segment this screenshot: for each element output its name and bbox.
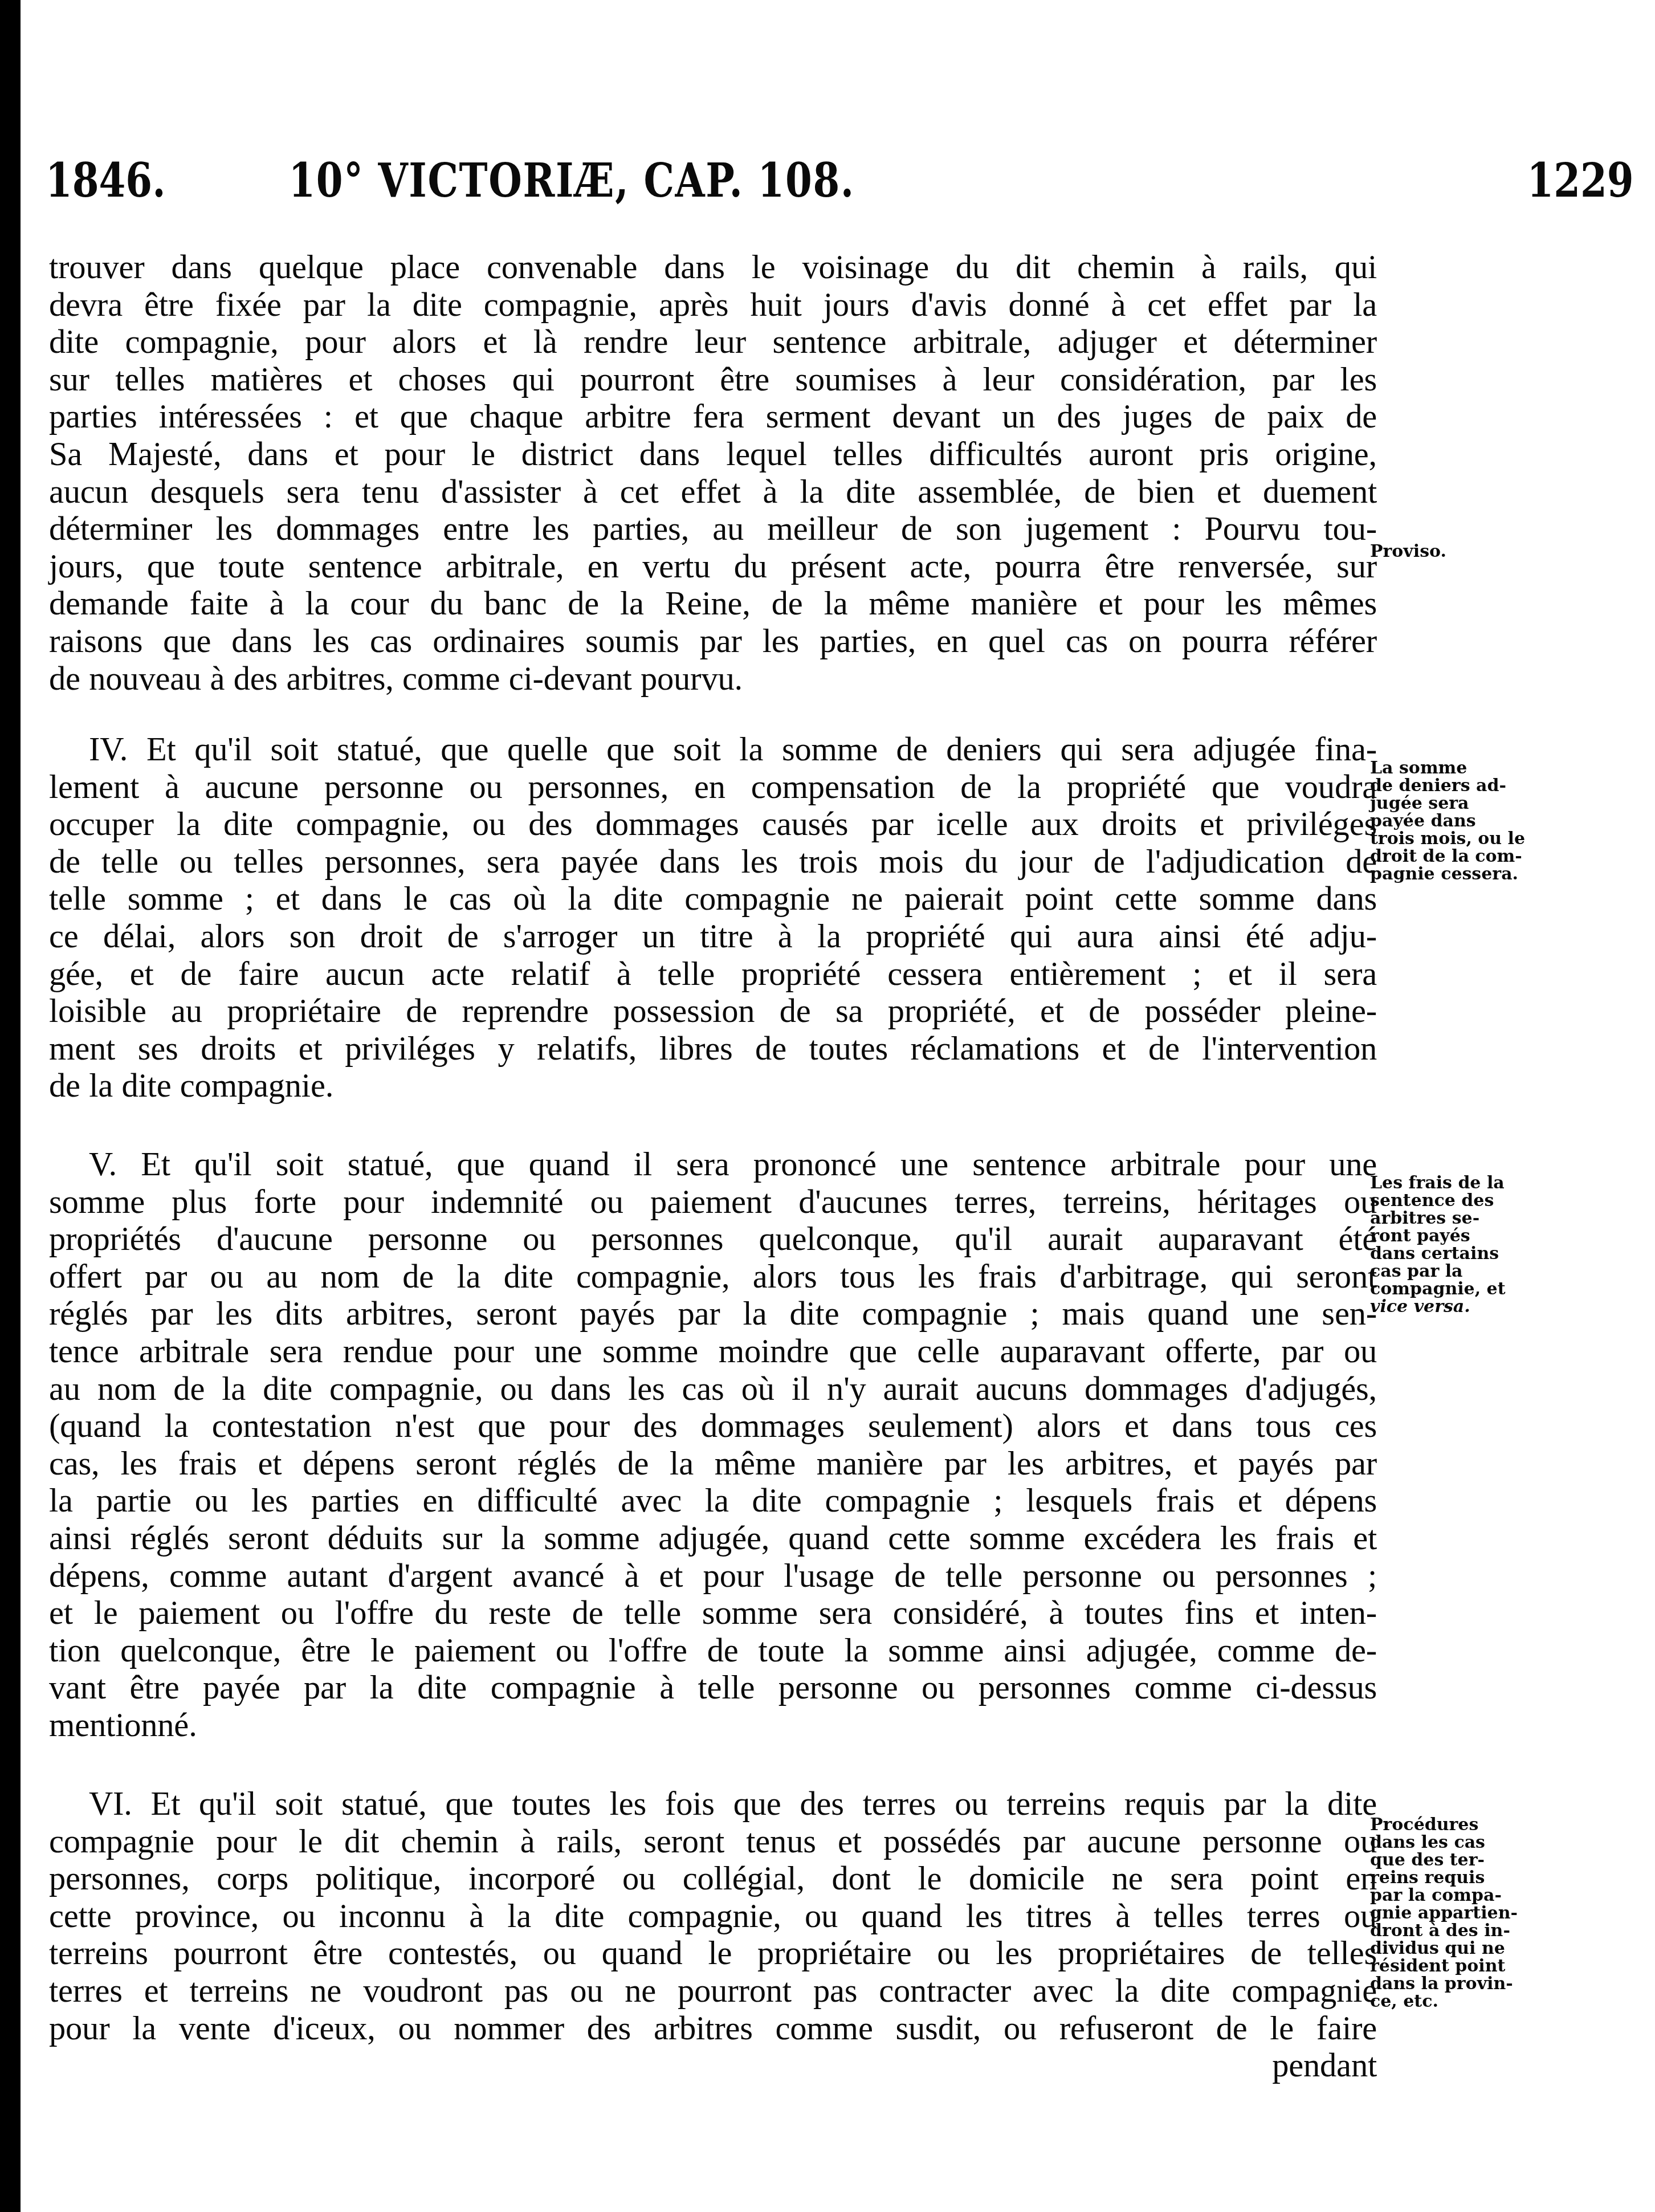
text-line: ment ses droits et priviléges y relatifs… xyxy=(49,1030,1377,1068)
text-line: aucun desquels sera tenu d'assister à ce… xyxy=(49,473,1377,511)
text-line: tence arbitrale sera rendue pour une som… xyxy=(49,1333,1377,1370)
text-line: V. Et qu'il soit statué, que quand il se… xyxy=(49,1146,1377,1183)
text-line: cas, les frais et dépens seront réglés d… xyxy=(49,1445,1377,1482)
text-line: ce délai, alors son droit de s'arroger u… xyxy=(49,918,1377,955)
section-v: V. Et qu'il soit statué, que quand il se… xyxy=(49,1146,1377,1744)
text-line: occuper la dite compagnie, ou des dommag… xyxy=(49,805,1377,843)
text-line: lement à aucune personne ou personnes, e… xyxy=(49,768,1377,806)
text-line: compagnie pour le dit chemin à rails, se… xyxy=(49,1823,1377,1860)
text-line: de telle ou telles personnes, sera payée… xyxy=(49,843,1377,881)
scan-edge-border xyxy=(0,0,21,2212)
text-line: pour la vente d'iceux, ou nommer des arb… xyxy=(49,2010,1377,2047)
margin-note-section-vi: Procédures dans les cas que des ter- rei… xyxy=(1370,1816,1541,2010)
running-head: 1846. 10° VICTORIÆ, CAP. 108. 1229 xyxy=(46,149,1335,212)
text-line: demande faite à la cour du banc de la Re… xyxy=(49,585,1377,622)
text-line: terreins pourront être contestés, ou qua… xyxy=(49,1934,1377,1972)
text-line: déterminer les dommages entre les partie… xyxy=(49,510,1377,548)
section-iv: IV. Et qu'il soit statué, que quelle que… xyxy=(49,731,1377,1105)
text-line: terres et terreins ne voudront pas ou ne… xyxy=(49,1972,1377,2010)
text-line: jours, que toute sentence arbitrale, en … xyxy=(49,548,1377,585)
text-line: IV. Et qu'il soit statué, que quelle que… xyxy=(49,731,1377,768)
text-line: tion quelconque, être le paiement ou l'o… xyxy=(49,1632,1377,1669)
header-year: 1846. xyxy=(46,149,166,212)
text-line: VI. Et qu'il soit statué, que toutes les… xyxy=(49,1785,1377,1823)
text-line: loisible au propriétaire de reprendre po… xyxy=(49,992,1377,1030)
text-line: de nouveau à des arbitres, comme ci-deva… xyxy=(49,660,1377,698)
continuation-paragraph: trouver dans quelque place convenable da… xyxy=(49,249,1377,697)
text-line: au nom de la dite compagnie, ou dans les… xyxy=(49,1370,1377,1408)
text-line: parties intéressées : et que chaque arbi… xyxy=(49,398,1377,435)
text-line: offert par ou au nom de la dite compagni… xyxy=(49,1258,1377,1296)
text-line: mentionné. xyxy=(49,1706,1377,1744)
text-line: la partie ou les parties en difficulté a… xyxy=(49,1482,1377,1520)
text-line: ainsi réglés seront déduits sur la somme… xyxy=(49,1520,1377,1557)
text-line: de la dite compagnie. xyxy=(49,1067,1377,1105)
text-line: réglés par les dits arbitres, seront pay… xyxy=(49,1295,1377,1333)
text-line: telle somme ; et dans le cas où la dite … xyxy=(49,880,1377,918)
text-line: (quand la contestation n'est que pour de… xyxy=(49,1407,1377,1445)
text-line: vant être payée par la dite compagnie à … xyxy=(49,1669,1377,1706)
text-line: dite compagnie, pour alors et là rendre … xyxy=(49,323,1377,361)
margin-note-proviso: Proviso. xyxy=(1370,543,1541,560)
text-line: dépens, comme autant d'argent avancé à e… xyxy=(49,1557,1377,1595)
text-line: gée, et de faire aucun acte relatif à te… xyxy=(49,955,1377,993)
catchword: pendant xyxy=(49,2047,1377,2084)
text-line: raisons que dans les cas ordinaires soum… xyxy=(49,622,1377,660)
header-title: 10° VICTORIÆ, CAP. 108. xyxy=(288,149,854,212)
text-line: cette province, ou inconnu à la dite com… xyxy=(49,1897,1377,1935)
text-line: devra être fixée par la dite compagnie, … xyxy=(49,286,1377,324)
margin-note-section-v: Les frais de la sentence des arbitres se… xyxy=(1370,1174,1541,1315)
section-vi: VI. Et qu'il soit statué, que toutes les… xyxy=(49,1785,1377,2084)
text-line: somme plus forte pour indemnité ou paiem… xyxy=(49,1183,1377,1221)
text-line: sur telles matières et choses qui pourro… xyxy=(49,361,1377,398)
text-line: propriétés d'aucune personne ou personne… xyxy=(49,1220,1377,1258)
page-number: 1229 xyxy=(1527,149,1633,212)
text-line: personnes, corps politique, incorporé ou… xyxy=(49,1860,1377,1897)
text-line: et le paiement ou l'offre du reste de te… xyxy=(49,1594,1377,1632)
text-line: trouver dans quelque place convenable da… xyxy=(49,249,1377,286)
margin-note-section-iv: La somme de deniers ad- jugée sera payée… xyxy=(1370,759,1541,883)
text-line: Sa Majesté, dans et pour le district dan… xyxy=(49,435,1377,473)
